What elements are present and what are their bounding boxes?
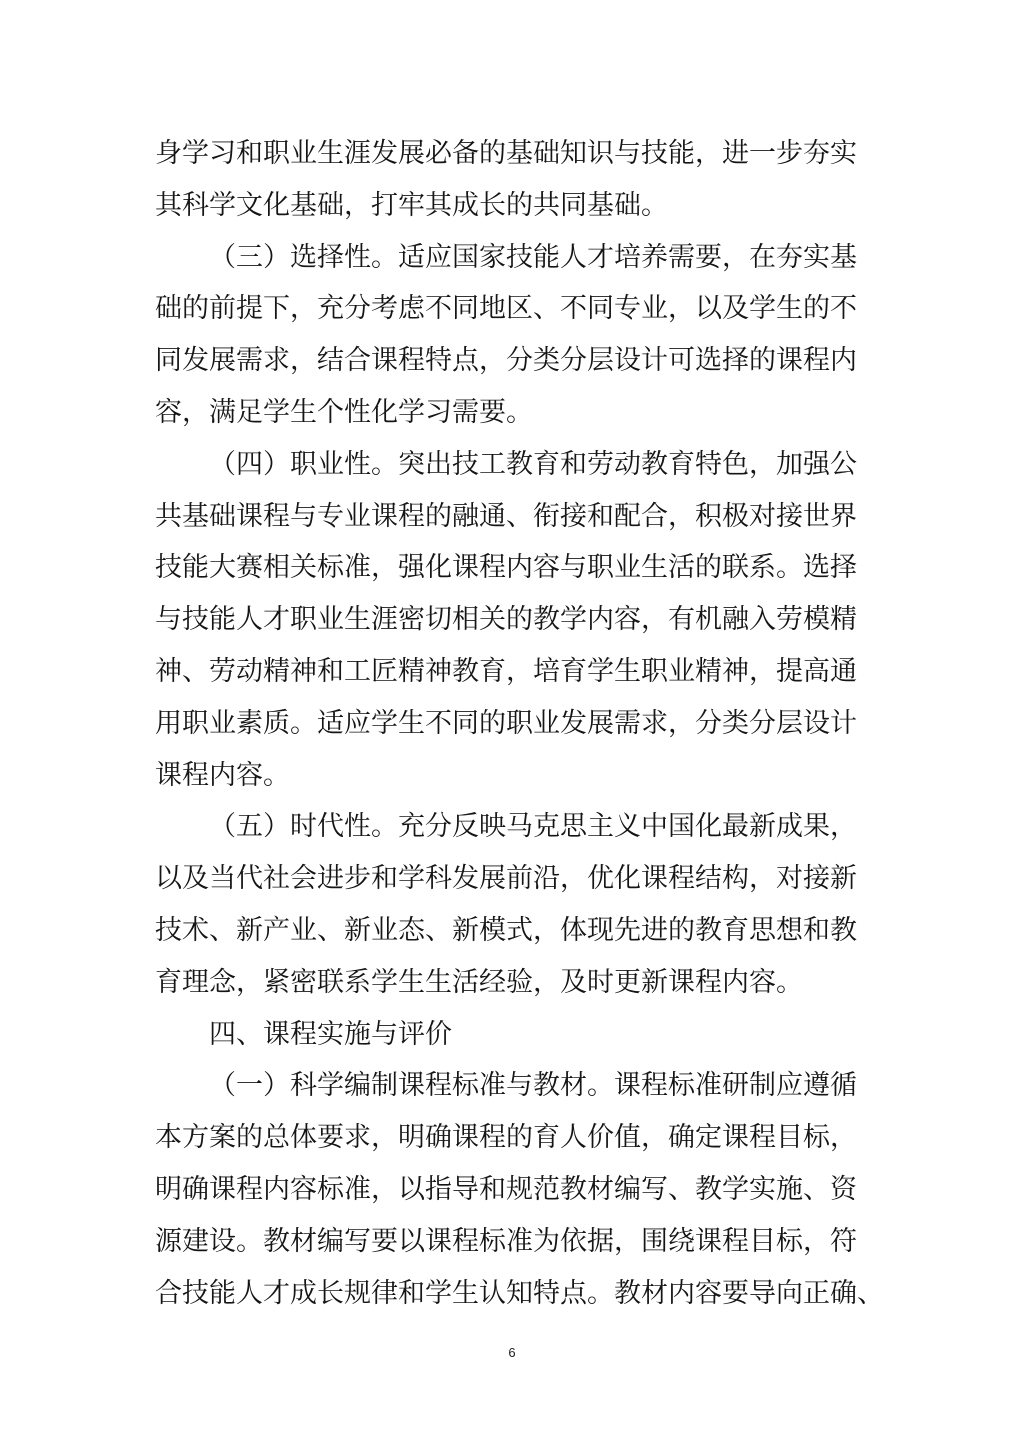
text-line: 与技能人才职业生涯密切相关的教学内容，有机融入劳模精 bbox=[155, 594, 875, 646]
text-line: 技术、新产业、新业态、新模式，体现先进的教育思想和教 bbox=[155, 905, 875, 957]
text-line: 础的前提下，充分考虑不同地区、不同专业，以及学生的不 bbox=[155, 283, 875, 335]
text-line: 课程内容。 bbox=[155, 750, 875, 802]
text-line: 明确课程内容标准，以指导和规范教材编写、教学实施、资 bbox=[155, 1164, 875, 1216]
document-page: 身学习和职业生涯发展必备的基础知识与技能，进一步夯实 其科学文化基础，打牢其成长… bbox=[0, 0, 1024, 1447]
section-four-heading-line: （四）职业性。突出技工教育和劳动教育特色，加强公 bbox=[155, 439, 875, 491]
chapter-heading-curriculum-implementation: 四、课程实施与评价 bbox=[155, 1009, 875, 1061]
text-line: 合技能人才成长规律和学生认知特点。教材内容要导向正确、 bbox=[155, 1268, 875, 1320]
text-line: 身学习和职业生涯发展必备的基础知识与技能，进一步夯实 bbox=[155, 128, 875, 180]
text-line: 共基础课程与专业课程的融通、衔接和配合，积极对接世界 bbox=[155, 491, 875, 543]
text-line: 神、劳动精神和工匠精神教育，培育学生职业精神，提高通 bbox=[155, 646, 875, 698]
text-line: 其科学文化基础，打牢其成长的共同基础。 bbox=[155, 180, 875, 232]
text-line: 以及当代社会进步和学科发展前沿，优化课程结构，对接新 bbox=[155, 853, 875, 905]
text-line: 源建设。教材编写要以课程标准为依据，围绕课程目标，符 bbox=[155, 1216, 875, 1268]
text-line: 技能大赛相关标准，强化课程内容与职业生活的联系。选择 bbox=[155, 542, 875, 594]
page-number: 6 bbox=[0, 1345, 1024, 1360]
text-line: 育理念，紧密联系学生生活经验，及时更新课程内容。 bbox=[155, 957, 875, 1009]
text-line: 本方案的总体要求，明确课程的育人价值，确定课程目标， bbox=[155, 1112, 875, 1164]
section-three-heading-line: （三）选择性。适应国家技能人才培养需要，在夯实基 bbox=[155, 232, 875, 284]
section-five-heading-line: （五）时代性。充分反映马克思主义中国化最新成果， bbox=[155, 801, 875, 853]
text-line: 容，满足学生个性化学习需要。 bbox=[155, 387, 875, 439]
text-line: 同发展需求，结合课程特点，分类分层设计可选择的课程内 bbox=[155, 335, 875, 387]
subsection-one-heading-line: （一）科学编制课程标准与教材。课程标准研制应遵循 bbox=[155, 1060, 875, 1112]
body-text: 身学习和职业生涯发展必备的基础知识与技能，进一步夯实 其科学文化基础，打牢其成长… bbox=[155, 128, 875, 1319]
text-line: 用职业素质。适应学生不同的职业发展需求，分类分层设计 bbox=[155, 698, 875, 750]
